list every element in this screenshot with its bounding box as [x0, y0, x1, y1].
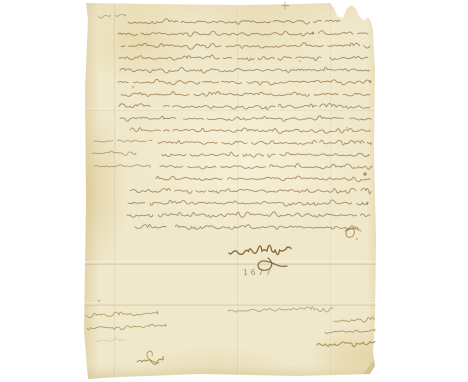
manuscript-paper	[84, 2, 378, 380]
vertical-fold-crease	[114, 2, 117, 380]
vertical-fold-crease	[237, 2, 240, 380]
pencil-year-inscription: 1677	[243, 268, 274, 278]
horizontal-fold-crease	[84, 261, 378, 265]
horizontal-fold-crease	[84, 108, 378, 111]
photo-background: 1677	[0, 0, 468, 382]
vertical-fold-crease	[330, 2, 333, 380]
dog-ear-fold	[363, 357, 376, 374]
horizontal-fold-crease	[84, 302, 378, 306]
